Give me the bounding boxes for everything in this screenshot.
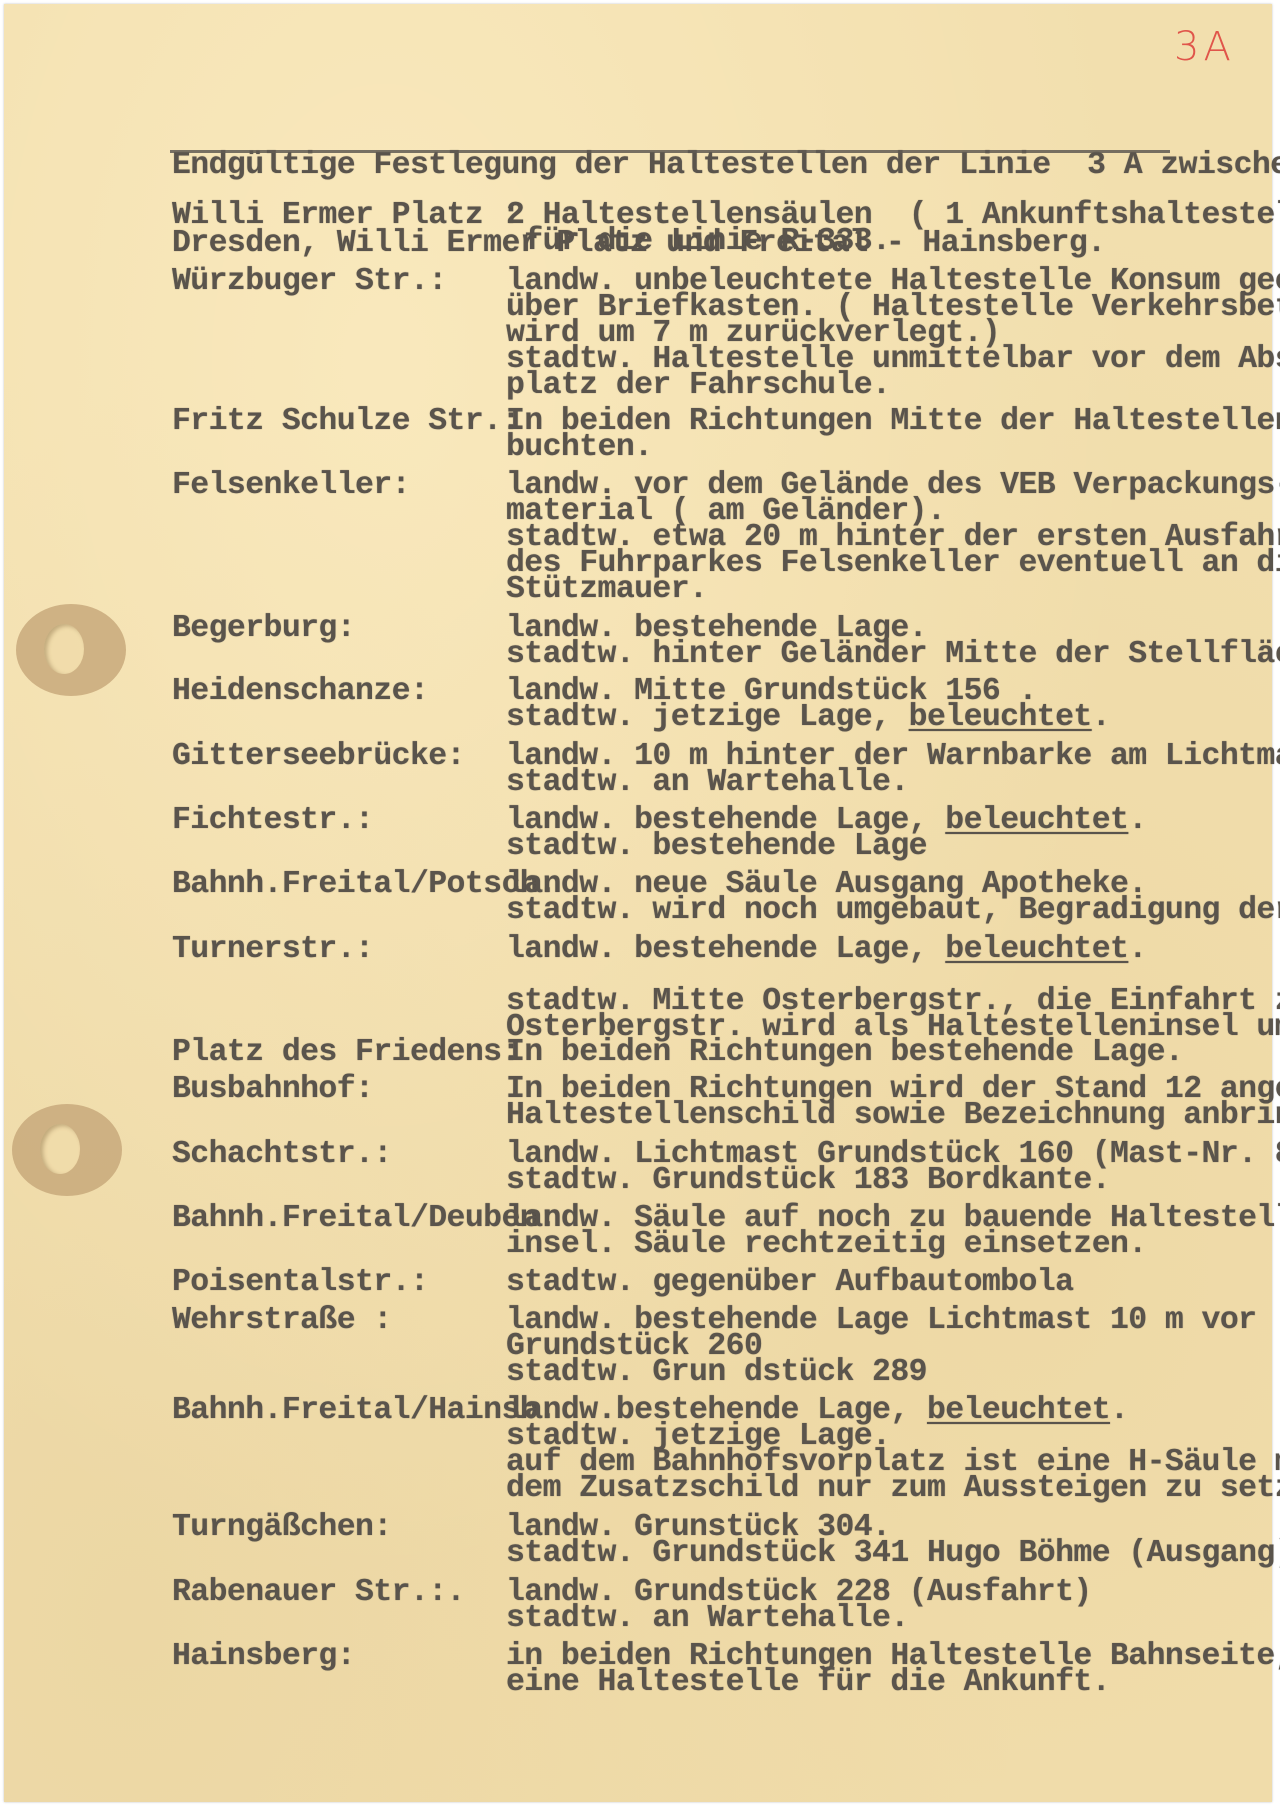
stop-name: Platz des Friedens: xyxy=(172,1040,520,1066)
stop-name: Begerburg: xyxy=(172,616,355,642)
stop-name: Turngäßchen: xyxy=(172,1515,392,1541)
description-line: stadtw. wird noch umgebaut, Begradigung … xyxy=(506,898,1280,924)
stop-entry: Wehrstraße : landw. bestehende Lage Lich… xyxy=(4,1308,77,1412)
stop-description: landw. Grunstück 304.stadtw. Grundstück … xyxy=(506,1515,1280,1567)
stop-description: landw.bestehende Lage, beleuchtet.stadtw… xyxy=(506,1398,1280,1502)
description-line: dem Zusatzschild nur zum Aussteigen zu s… xyxy=(506,1476,1280,1502)
description-line: stadtw. gegenüber Aufbautombola xyxy=(506,1270,1073,1296)
stop-name: Würzbuger Str.: xyxy=(172,269,447,295)
stop-description: landw. Lichtmast Grundstück 160 (Mast-Nr… xyxy=(506,1142,1280,1194)
stop-entry: Turnerstr.: landw. bestehende Lage, bele… xyxy=(4,937,77,1041)
stop-description: landw. unbeleuchtete Haltestelle Konsum … xyxy=(506,269,1280,399)
stop-name: Wehrstraße : xyxy=(172,1308,392,1334)
stop-name: Hainsberg: xyxy=(172,1644,355,1670)
stop-name: Bahnh.Freital/Potsch. xyxy=(172,872,556,898)
underlined-word: beleuchtet xyxy=(945,932,1128,967)
stop-name: Heidenschanze: xyxy=(172,679,428,705)
stop-description: landw. bestehende Lage, beleuchtet.stadt… xyxy=(506,937,1280,1041)
description-line: stadtw. Grun dstück 289 xyxy=(506,1360,1256,1386)
stop-name: Fichtestr.: xyxy=(172,808,373,834)
description-line: Haltestellenschild sowie Bezeichnung anb… xyxy=(506,1103,1280,1129)
stop-description: landw. bestehende Lage.stadtw. hinter Ge… xyxy=(506,616,1280,668)
stop-description: stadtw. gegenüber Aufbautombola xyxy=(506,1270,1073,1296)
description-line: stadtw. jetzige Lage, beleuchtet. xyxy=(506,705,1110,731)
stop-description: landw. bestehende Lage, beleuchtet.stadt… xyxy=(506,808,1147,860)
stop-name: Rabenauer Str.:. xyxy=(172,1580,465,1606)
stop-description: landw. Grundstück 228 (Ausfahrt)stadtw. … xyxy=(506,1580,1092,1632)
stop-description: in beiden Richtungen Haltestelle Bahnsei… xyxy=(506,1644,1280,1696)
description-line: stadtw. hinter Geländer Mitte der Stellf… xyxy=(506,642,1280,668)
stop-description: landw. bestehende Lage Lichtmast 10 m vo… xyxy=(506,1308,1256,1386)
stop-description: landw. 10 m hinter der Warnbarke am Lich… xyxy=(506,744,1280,796)
underlined-word: beleuchtet xyxy=(909,700,1092,735)
stop-description: landw. neue Säule Ausgang Apotheke.stadt… xyxy=(506,872,1280,924)
stop-description: In beiden Richtungen bestehende Lage. xyxy=(506,1040,1183,1066)
stop-entry: Hainsberg: in beiden Richtungen Halteste… xyxy=(4,1644,77,1748)
stop-name: Turnerstr.: xyxy=(172,937,373,963)
stop-description: 2 Haltestellensäulen ( 1 Ankunftshaltest… xyxy=(506,203,1280,255)
stop-description: landw. Mitte Grundstück 156 .stadtw. jet… xyxy=(506,679,1110,731)
underlined-word: beleuchtet xyxy=(945,803,1128,838)
title-line-1: Endgültige Festlegung der Haltestellen d… xyxy=(172,153,1280,179)
title-underline xyxy=(170,150,1170,153)
stop-name: Gitterseebrücke: xyxy=(172,744,465,770)
description-line: stadtw. Grundstück 341 Hugo Böhme (Ausga… xyxy=(506,1541,1280,1567)
handwritten-page-mark: 3A xyxy=(1174,24,1235,70)
stop-name: Willi Ermer Platz : xyxy=(172,203,520,229)
stop-description: In beiden Richtungen wird der Stand 12 a… xyxy=(506,1077,1280,1129)
stop-name: Bahnh.Freital/Hainsb. xyxy=(172,1398,556,1424)
description-line: In beiden Richtungen bestehende Lage. xyxy=(506,1040,1183,1066)
underlined-word: beleuchtet xyxy=(927,1393,1110,1428)
stop-name: Fritz Schulze Str.: xyxy=(172,409,520,435)
stop-description: landw. Säule auf noch zu bauende Haltest… xyxy=(506,1206,1280,1258)
stop-name: Felsenkeller: xyxy=(172,473,410,499)
document-page: 3A Endgültige Festlegung der Haltestelle… xyxy=(4,4,1272,1802)
stop-name: Poisentalstr.: xyxy=(172,1270,428,1296)
stop-name: Schachtstr.: xyxy=(172,1142,392,1168)
stop-description: In beiden Richtungen Mitte der Haltestel… xyxy=(506,409,1280,461)
stop-description: landw. vor dem Gelände des VEB Verpackun… xyxy=(506,473,1280,603)
description-line: landw. bestehende Lage, beleuchtet. xyxy=(506,937,1280,963)
stop-name: Busbahnhof: xyxy=(172,1077,373,1103)
stop-entry: Bahnh.Freital/Hainsb. landw.bestehende L… xyxy=(4,1398,77,1502)
stop-entry: Felsenkeller: landw. vor dem Gelände des… xyxy=(4,473,77,577)
stop-entry: Würzbuger Str.: landw. unbeleuchtete Hal… xyxy=(4,269,77,373)
stop-name: Bahnh.Freital/Deuben: xyxy=(172,1206,556,1232)
